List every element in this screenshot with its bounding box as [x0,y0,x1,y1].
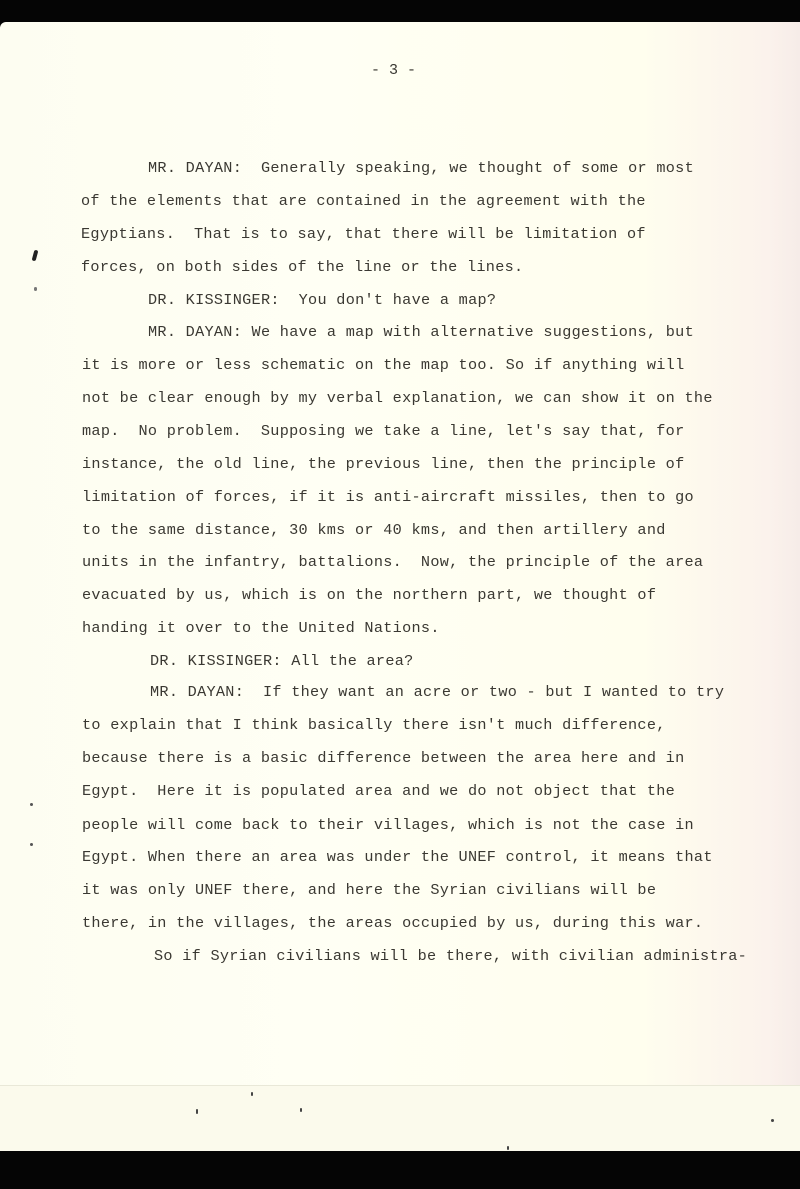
scan-speck [34,287,37,291]
text-line: there, in the villages, the areas occupi… [82,916,703,931]
text-line: Egypt. When there an area was under the … [82,850,713,865]
text-line: Egypt. Here it is populated area and we … [82,784,675,799]
text-line: evacuated by us, which is on the norther… [82,588,656,603]
text-line: to the same distance, 30 kms or 40 kms, … [82,523,666,538]
text-line: DR. KISSINGER: All the area? [150,654,414,669]
text-line: limitation of forces, if it is anti-airc… [82,490,694,505]
text-line: instance, the old line, the previous lin… [82,457,685,472]
text-line: of the elements that are contained in th… [81,194,646,209]
scan-speck [300,1108,302,1112]
text-line: forces, on both sides of the line or the… [81,260,523,275]
scan-speck [771,1119,774,1122]
text-line: MR. DAYAN: We have a map with alternativ… [148,325,694,340]
text-line: units in the infantry, battalions. Now, … [82,555,703,570]
scan-speck [30,843,33,846]
text-line: it is more or less schematic on the map … [82,358,685,373]
text-line: people will come back to their villages,… [82,818,694,833]
text-line: because there is a basic difference betw… [82,751,685,766]
scan-speck [30,803,33,806]
scan-speck [251,1092,253,1096]
text-line: it was only UNEF there, and here the Syr… [82,883,656,898]
text-line: map. No problem. Supposing we take a lin… [82,424,685,439]
scan-speck [196,1109,198,1114]
text-line: DR. KISSINGER: You don't have a map? [148,293,496,308]
page-number: - 3 - [371,62,416,79]
text-line: MR. DAYAN: If they want an acre or two -… [150,685,724,700]
text-line: So if Syrian civilians will be there, wi… [154,949,747,964]
text-line: handing it over to the United Nations. [82,621,440,636]
text-line: to explain that I think basically there … [82,718,666,733]
text-line: Egyptians. That is to say, that there wi… [81,227,646,242]
text-line: MR. DAYAN: Generally speaking, we though… [148,161,694,176]
page-bottom-margin [0,1085,800,1151]
text-line: not be clear enough by my verbal explana… [82,391,713,406]
scan-speck [507,1146,509,1150]
